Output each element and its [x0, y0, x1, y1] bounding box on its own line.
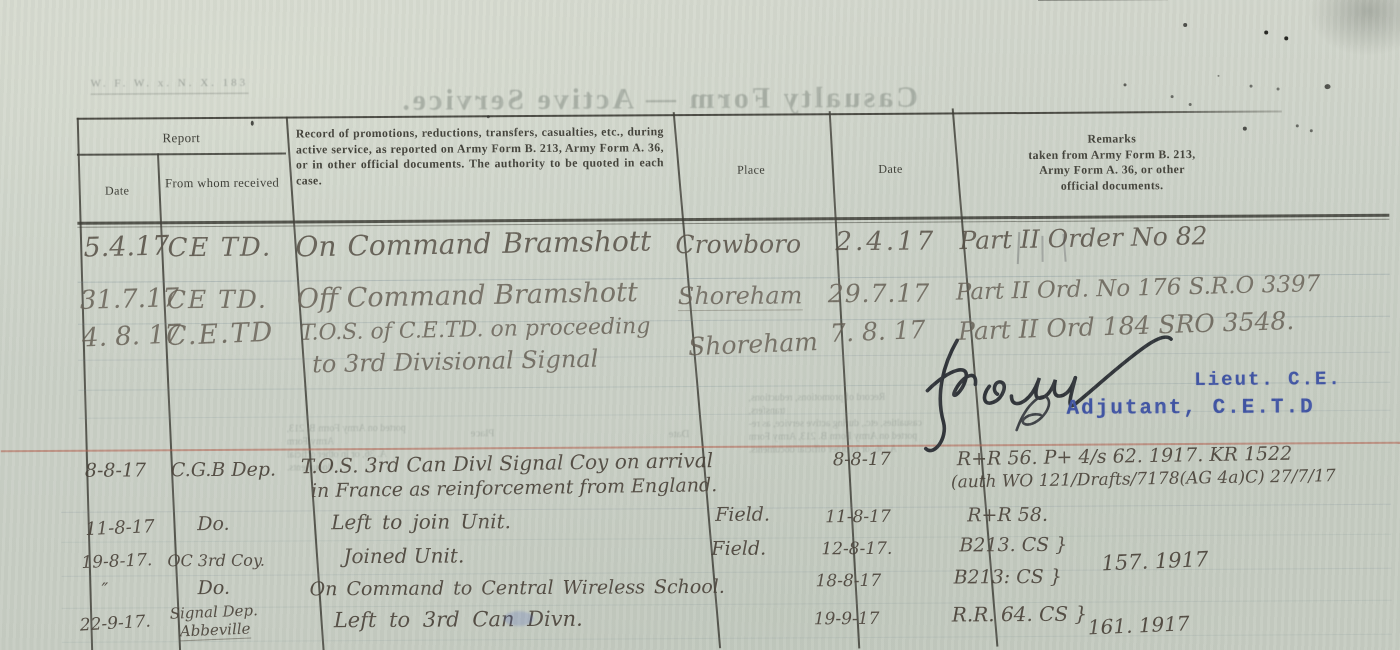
ink-speck: [1171, 95, 1174, 98]
entry-record: Off Command Bramshott: [297, 277, 639, 315]
report-underline: [77, 153, 286, 156]
document-sheet: Casualty Form — Active Service. W. F. W.…: [0, 0, 1400, 650]
entry-remark: B213. CS }: [959, 534, 1067, 557]
divider-fromwhom-record: [286, 116, 325, 650]
entry-report-date: 19-8-17.: [81, 550, 153, 573]
ink-speck: [1217, 75, 1219, 77]
entry-remark: R.R. 64. CS }: [952, 602, 1088, 627]
entry-remark-line1: R+R 56. P+ 4/s 62. 1917. KR 1522: [957, 443, 1293, 471]
entry-from-whom: OC 3rd Coy.: [167, 551, 265, 571]
entry-remark: R+R 58.: [967, 504, 1048, 526]
ink-speck: [1243, 127, 1247, 131]
ink-speck: [1284, 36, 1288, 40]
ink-speck: [1250, 85, 1253, 88]
entry-remark-line2: (auth WO 121/Drafts/7178(AG 4a)C) 27/7/1…: [951, 466, 1336, 492]
entry-event-date: 29.7.17: [828, 279, 931, 309]
bleed-corner-mark: W. F. W. x. N. X. 183: [90, 77, 248, 95]
column-header-record: Record of promotions, reductions, transf…: [296, 124, 664, 189]
column-header-report-date: Date: [77, 183, 157, 198]
group-label-157: 157. 1917: [1101, 547, 1209, 575]
entry-record-line2: to 3rd Divisional Signal: [312, 345, 599, 379]
for-mark: [1006, 384, 1062, 438]
entry-record: Left to 3rd Can Divn.: [334, 607, 583, 633]
entry-record: On Command to Central Wireless School.: [310, 576, 725, 601]
ink-speck: [1325, 84, 1331, 89]
entry-report-date: 22-9-17.: [79, 612, 151, 636]
entry-from-whom: CE TD.: [167, 285, 268, 315]
ink-speck: [487, 115, 490, 118]
ink-speck: [1189, 103, 1192, 106]
ink-speck: [1264, 31, 1268, 35]
entry-place: Crowboro: [675, 229, 801, 259]
ink-speck: [1124, 83, 1127, 86]
entry-from-whom-line2: Abbeville: [179, 620, 250, 642]
entry-record-line2: in France as reinforcement from England.: [311, 474, 717, 502]
entry-report-date: 31.7.17: [79, 283, 179, 316]
entry-event-date: 11-8-17: [825, 507, 891, 527]
entry-from-whom: C.G.B Dep.: [171, 459, 276, 482]
divider-place-date: [829, 111, 861, 648]
group-label-161: 161. 1917: [1087, 611, 1190, 639]
entry-record: On Command Bramshott: [295, 224, 651, 263]
entry-report-date-ditto: ″: [102, 580, 109, 601]
bleed-place-label: Place: [471, 427, 495, 440]
column-header-remarks: Remarks taken from Army Form B. 213, Arm…: [962, 131, 1262, 195]
ink-speck: [251, 121, 254, 126]
bleed-date-label: Date: [669, 428, 690, 441]
ruled-line: [62, 600, 1392, 609]
entry-place: Field.: [715, 504, 770, 526]
corner-shade: [1308, 0, 1400, 56]
entry-record: Left to join Unit.: [331, 509, 511, 534]
ink-smear: [1041, 236, 1043, 262]
column-header-date: Date: [829, 161, 952, 177]
entry-remark: Part II Order No 82: [959, 221, 1208, 255]
entry-from-whom: Do.: [198, 577, 231, 599]
stamp-rank: Lieut. C.E.: [1194, 368, 1342, 391]
entry-from-whom: CE TD.: [167, 233, 272, 264]
entry-record-line1: T.O.S. of C.E.TD. on proceeding: [300, 314, 651, 346]
ink-speck: [1277, 87, 1280, 90]
entry-remark: B213: CS }: [953, 566, 1061, 589]
divider-record-place: [673, 112, 721, 648]
ruled-line: [62, 634, 1392, 643]
edge-streak: [1038, 0, 1168, 1]
stamp-title: Adjutant, C.E.T.D: [1066, 396, 1314, 421]
ink-speck: [1183, 23, 1187, 27]
entry-record-line1: T.O.S. 3rd Can Divl Signal Coy on arriva…: [301, 448, 714, 478]
ink-speck: [1310, 129, 1313, 132]
entry-place: Field.: [711, 538, 766, 560]
entry-record: Joined Unit.: [343, 543, 464, 568]
entry-event-date: 12-8-17.: [821, 539, 892, 559]
ink-speck: [1296, 124, 1299, 127]
entry-report-date: 5.4.17: [83, 230, 170, 263]
entry-report-date: 11-8-17: [85, 516, 155, 540]
column-header-place: Place: [673, 162, 829, 178]
blue-pencil-smudge: [504, 611, 534, 626]
column-header-from-whom: From whom received: [161, 175, 283, 192]
scanned-document: Casualty Form — Active Service. W. F. W.…: [0, 0, 1400, 650]
entry-place: Shoreham: [688, 327, 819, 361]
entry-event-date: 18-8-17: [816, 571, 882, 591]
entry-event-date: 8-8-17: [833, 449, 891, 470]
entry-from-whom: C.E.TD: [165, 317, 274, 352]
entry-event-date: 19-9-17: [814, 609, 880, 629]
entry-place: Shoreham: [678, 281, 803, 311]
entry-event-date: 2.4.17: [835, 227, 936, 258]
column-header-report: Report: [77, 130, 286, 147]
entry-event-date: 7. 8. 17: [829, 315, 926, 348]
entry-report-date: 8-8-17: [85, 459, 146, 481]
entry-from-whom: Do.: [197, 513, 230, 535]
